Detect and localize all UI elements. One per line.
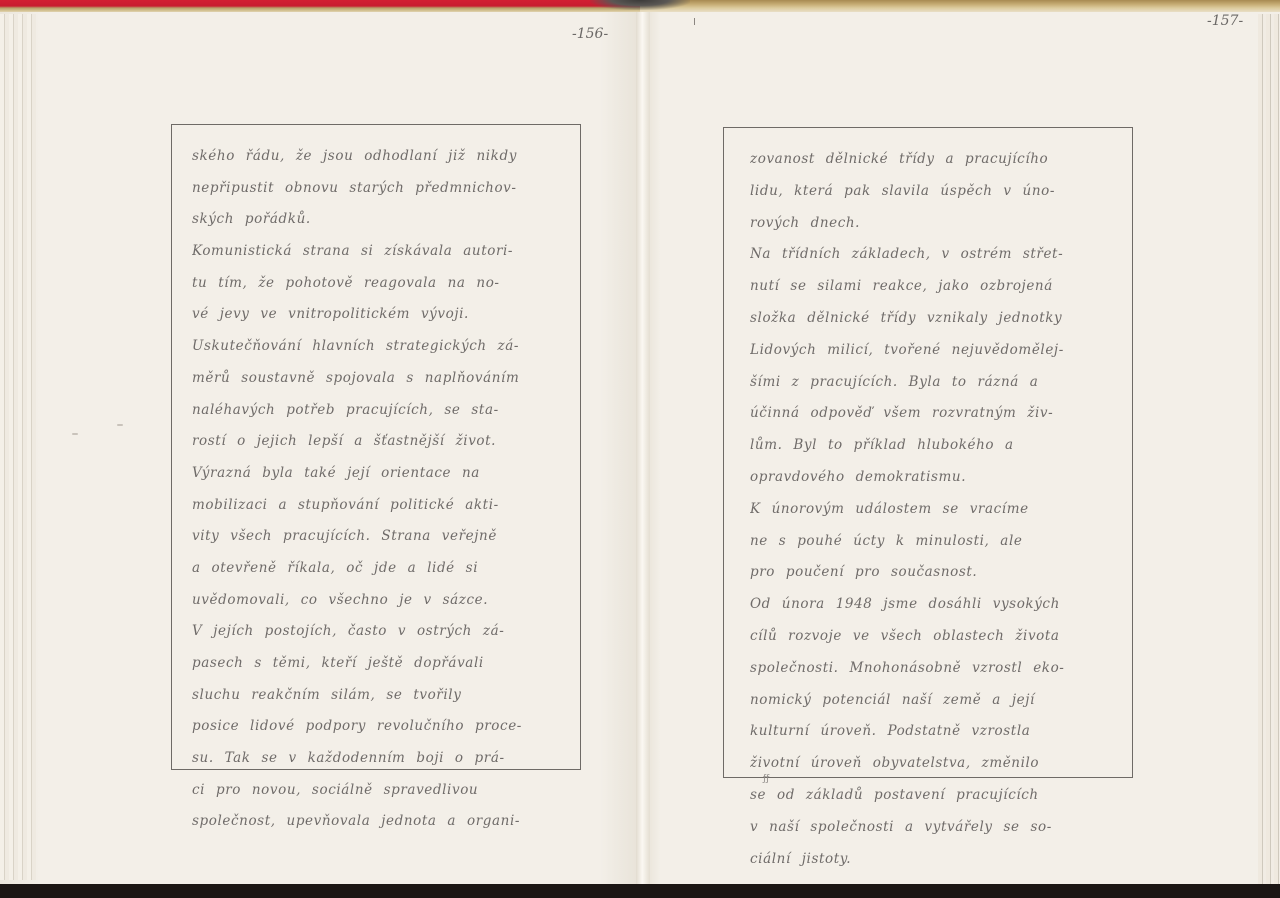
- text-line: společnost, upevňovala jednota a organi-: [192, 806, 564, 838]
- text-line: ských pořádků.: [192, 204, 564, 236]
- right-handwritten-text: zovanost dělnické třídy a pracujícího li…: [724, 128, 1132, 875]
- right-page-number: -157-: [1207, 13, 1243, 29]
- left-page-stack: [0, 14, 36, 880]
- text-line: se od základů postavení pracujících: [750, 780, 1116, 812]
- right-text-frame: zovanost dělnické třídy a pracujícího li…: [723, 127, 1133, 778]
- text-line: měrů soustavně spojovala s naplňováním: [192, 363, 564, 395]
- left-page-number: -156-: [572, 26, 608, 42]
- text-line: lidu, která pak slavila úspěch v úno-: [750, 176, 1116, 208]
- text-line: ne s pouhé úcty k minulosti, ale: [750, 526, 1116, 558]
- text-line: rostí o jejich lepší a šťastnější život.: [192, 426, 564, 458]
- text-line: naléhavých potřeb pracujících, se sta-: [192, 395, 564, 427]
- text-line: Od února 1948 jsme dosáhli vysokých: [750, 589, 1116, 621]
- left-handwritten-text: ského řádu, že jsou odhodlaní již nikdy …: [172, 125, 580, 838]
- left-text-frame: ského řádu, že jsou odhodlaní již nikdy …: [171, 124, 581, 770]
- text-line: V jejích postojích, často v ostrých zá-: [192, 616, 564, 648]
- text-line: nutí se silami reakce, jako ozbrojená: [750, 271, 1116, 303]
- text-line: cílů rozvoje ve všech oblastech života: [750, 621, 1116, 653]
- text-line: společnosti. Mnohonásobně vzrostl eko-: [750, 653, 1116, 685]
- paper-smudge: [72, 433, 78, 435]
- pencil-tick-mark: [694, 18, 695, 25]
- text-line: mobilizaci a stupňování politické akti-: [192, 490, 564, 522]
- text-line: životní úroveň obyvatelstva, změnilo: [750, 748, 1116, 780]
- text-line: nomický potenciál naší země a její: [750, 685, 1116, 717]
- text-line: kulturní úroveň. Podstatně vzrostla: [750, 716, 1116, 748]
- text-line: pasech s těmi, kteří ještě dopřávali: [192, 648, 564, 680]
- text-line: sluchu reakčním silám, se tvořily: [192, 680, 564, 712]
- text-line: lům. Byl to příklad hlubokého a: [750, 430, 1116, 462]
- table-surface: [0, 884, 1280, 898]
- text-line: v naší společnosti a vytvářely se so-: [750, 812, 1116, 844]
- right-page-stack: [1258, 14, 1280, 886]
- text-line: K únorovým událostem se vracíme: [750, 494, 1116, 526]
- text-line: uvědomovali, co všechno je v sázce.: [192, 585, 564, 617]
- text-line: Komunistická strana si získávala autori-: [192, 236, 564, 268]
- text-line: su. Tak se v každodenním boji o prá-: [192, 743, 564, 775]
- text-line: nepřipustit obnovu starých předmnichov-: [192, 173, 564, 205]
- text-line: účinná odpověď všem rozvratným živ-: [750, 398, 1116, 430]
- margin-mark: ƒƒ: [763, 774, 769, 784]
- text-line: ciální jistoty.: [750, 844, 1116, 876]
- text-line: ského řádu, že jsou odhodlaní již nikdy: [192, 141, 564, 173]
- text-line: a otevřeně říkala, oč jde a lidé si: [192, 553, 564, 585]
- text-line: Na třídních základech, v ostrém střet-: [750, 239, 1116, 271]
- text-line: složka dělnické třídy vznikaly jednotky: [750, 303, 1116, 335]
- book-gutter: [636, 12, 650, 890]
- text-line: vity všech pracujících. Strana veřejně: [192, 521, 564, 553]
- text-line: tu tím, že pohotově reagovala na no-: [192, 268, 564, 300]
- paper-smudge: [117, 424, 123, 426]
- text-line: Lidových milicí, tvořené nejuvědomělej-: [750, 335, 1116, 367]
- spine-top: [590, 0, 690, 10]
- text-line: ci pro novou, sociálně spravedlivou: [192, 775, 564, 807]
- text-line: rových dnech.: [750, 208, 1116, 240]
- text-line: zovanost dělnické třídy a pracujícího: [750, 144, 1116, 176]
- text-line: vé jevy ve vnitropolitickém vývoji.: [192, 299, 564, 331]
- text-line: opravdového demokratismu.: [750, 462, 1116, 494]
- text-line: šími z pracujících. Byla to rázná a: [750, 367, 1116, 399]
- text-line: pro poučení pro současnost.: [750, 557, 1116, 589]
- text-line: posice lidové podpory revolučního proce-: [192, 711, 564, 743]
- text-line: Uskutečňování hlavních strategických zá-: [192, 331, 564, 363]
- text-line: Výrazná byla také její orientace na: [192, 458, 564, 490]
